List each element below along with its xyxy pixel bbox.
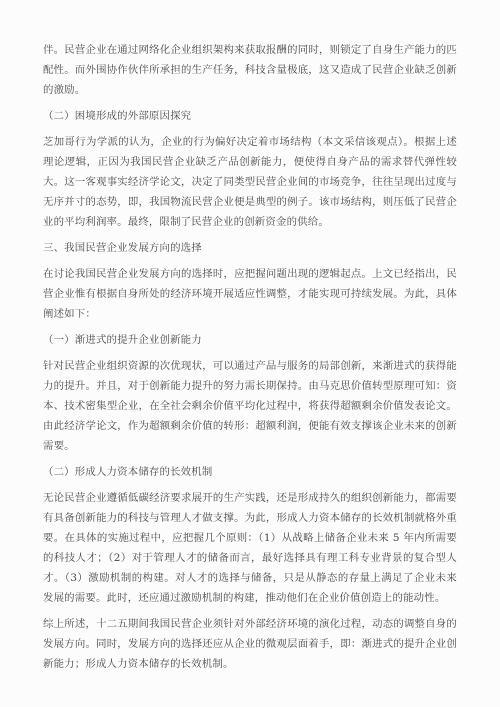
paragraph-human-capital-mechanism: 无论民营企业遵循低碳经济要求展开的生产实践，还是形成持久的组织创新能力，都需要有… — [43, 488, 457, 608]
paragraph-incremental-innovation: 针对民营企业组织资源的次优现状，可以通过产品与服务的局部创新，来渐进式的获得能力… — [43, 356, 457, 456]
paragraph-conclusion: 综上所述，十二五期间我国民营企业须针对外部经济环境的演化过程，动态的调整自身的发… — [43, 614, 457, 674]
document-page: 伴。民营企业在通过网络化企业组织架构来获取报酬的同时，则锁定了自身生产能力的匹配… — [0, 0, 500, 707]
section-heading-development-direction: 三、我国民营企业发展方向的选择 — [43, 238, 457, 258]
paragraph-chicago-school: 芝加哥行为学派的认为，企业的行为偏好决定着市场结构（本文采信该观点）。根据上述理… — [43, 132, 457, 232]
section-heading-external-causes: （二）困境形成的外部原因探究 — [43, 106, 457, 126]
paragraph-continued-from-previous-page: 伴。民营企业在通过网络化企业组织架构来获取报酬的同时，则锁定了自身生产能力的匹配… — [43, 40, 457, 100]
section-heading-incremental-innovation: （一）渐进式的提升企业创新能力 — [43, 330, 457, 350]
paragraph-direction-intro: 在讨论我国民营企业发展方向的选择时，应把握问题出现的逻辑起点。上文已经指出，民营… — [43, 264, 457, 324]
section-heading-human-capital-mechanism: （二）形成人力资本储存的长效机制 — [43, 462, 457, 482]
